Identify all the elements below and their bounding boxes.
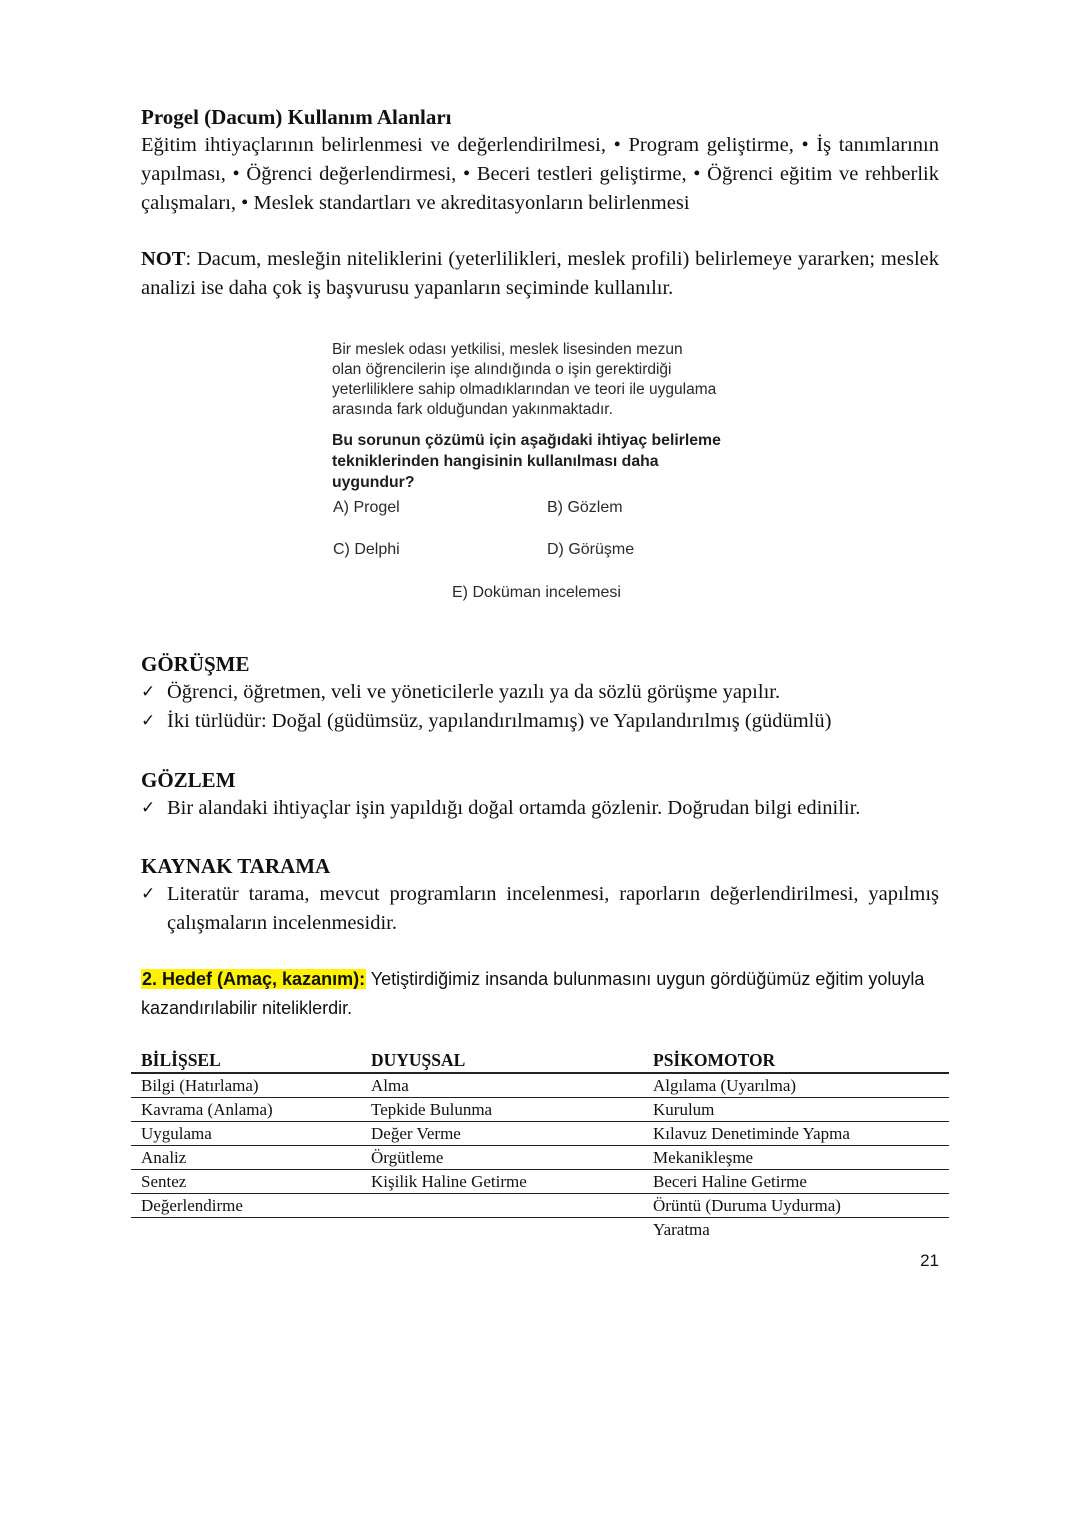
cell-psikomotor: Beceri Haline Getirme [643, 1170, 949, 1194]
cell-duyussal [361, 1194, 643, 1218]
hedef-label-highlighted: 2. Hedef (Amaç, kazanım): [141, 969, 366, 989]
checkmark-icon: ✓ [141, 678, 167, 707]
cell-duyussal: Tepkide Bulunma [361, 1098, 643, 1122]
gorusme-section: GÖRÜŞME ✓ Öğrenci, öğretmen, veli ve yön… [141, 650, 939, 736]
progel-heading: Progel (Dacum) Kullanım Alanları [141, 103, 939, 131]
cell-bilissel: Değerlendirme [131, 1194, 361, 1218]
table-row: SentezKişilik Haline GetirmeBeceri Halin… [131, 1170, 949, 1194]
table-row: AnalizÖrgütlemeMekanikleşme [131, 1146, 949, 1170]
hedef-section: 2. Hedef (Amaç, kazanım): Yetiştirdiğimi… [141, 965, 939, 1023]
cell-duyussal: Kişilik Haline Getirme [361, 1170, 643, 1194]
note-section: NOT: Dacum, mesleğin niteliklerini (yete… [141, 245, 939, 303]
checkmark-icon: ✓ [141, 707, 167, 736]
table-row: Yaratma [131, 1218, 949, 1242]
list-item: ✓ Öğrenci, öğretmen, veli ve yöneticiler… [141, 678, 939, 707]
option-c: C) Delphi [333, 541, 400, 559]
progel-body: Eğitim ihtiyaçlarının belirlenmesi ve de… [141, 131, 939, 218]
table-header-row: BİLİŞSEL DUYUŞSAL PSİKOMOTOR [131, 1048, 949, 1073]
question-stem: Bir meslek odası yetkilisi, meslek lises… [332, 340, 752, 420]
question-prompt: Bu sorunun çözümü için aşağıdaki ihtiyaç… [332, 430, 752, 493]
table-row: UygulamaDeğer VermeKılavuz Denetiminde Y… [131, 1122, 949, 1146]
cell-bilissel: Analiz [131, 1146, 361, 1170]
cell-bilissel: Kavrama (Anlama) [131, 1098, 361, 1122]
cell-duyussal [361, 1218, 643, 1242]
kaynak-tarama-section: KAYNAK TARAMA ✓ Literatür tarama, mevcut… [141, 852, 939, 938]
cell-bilissel: Sentez [131, 1170, 361, 1194]
table-row: DeğerlendirmeÖrüntü (Duruma Uydurma) [131, 1194, 949, 1218]
cell-bilissel: Bilgi (Hatırlama) [131, 1073, 361, 1098]
list-item: ✓ İki türlüdür: Doğal (güdümsüz, yapılan… [141, 707, 939, 736]
cell-duyussal: Değer Verme [361, 1122, 643, 1146]
note-label: NOT [141, 248, 185, 270]
cell-bilissel [131, 1218, 361, 1242]
gozlem-heading: GÖZLEM [141, 766, 939, 794]
cell-psikomotor: Yaratma [643, 1218, 949, 1242]
header-duyussal: DUYUŞSAL [361, 1048, 643, 1073]
taxonomy-table: BİLİŞSEL DUYUŞSAL PSİKOMOTOR Bilgi (Hatı… [131, 1048, 949, 1241]
header-bilissel: BİLİŞSEL [131, 1048, 361, 1073]
table-row: Kavrama (Anlama)Tepkide BulunmaKurulum [131, 1098, 949, 1122]
cell-duyussal: Örgütleme [361, 1146, 643, 1170]
page-number: 21 [905, 1251, 939, 1271]
gozlem-section: GÖZLEM ✓ Bir alandaki ihtiyaçlar işin ya… [141, 766, 939, 823]
list-item: ✓ Literatür tarama, mevcut programların … [141, 880, 939, 938]
gorusme-heading: GÖRÜŞME [141, 650, 939, 678]
note-text: : Dacum, mesleğin niteliklerini (yeterli… [141, 248, 939, 299]
checkmark-icon: ✓ [141, 794, 167, 823]
cell-duyussal: Alma [361, 1073, 643, 1098]
table-row: Bilgi (Hatırlama)AlmaAlgılama (Uyarılma) [131, 1073, 949, 1098]
progel-section: Progel (Dacum) Kullanım Alanları Eğitim … [141, 103, 939, 218]
option-a: A) Progel [333, 499, 400, 517]
kaynak-heading: KAYNAK TARAMA [141, 852, 939, 880]
cell-psikomotor: Kılavuz Denetiminde Yapma [643, 1122, 949, 1146]
exam-question: Bir meslek odası yetkilisi, meslek lises… [332, 340, 752, 493]
cell-psikomotor: Mekanikleşme [643, 1146, 949, 1170]
list-item: ✓ Bir alandaki ihtiyaçlar işin yapıldığı… [141, 794, 939, 823]
cell-psikomotor: Kurulum [643, 1098, 949, 1122]
checkmark-icon: ✓ [141, 880, 167, 938]
cell-psikomotor: Örüntü (Duruma Uydurma) [643, 1194, 949, 1218]
cell-bilissel: Uygulama [131, 1122, 361, 1146]
cell-psikomotor: Algılama (Uyarılma) [643, 1073, 949, 1098]
option-e: E) Doküman incelemesi [452, 584, 621, 602]
option-b: B) Gözlem [547, 499, 623, 517]
option-d: D) Görüşme [547, 541, 634, 559]
header-psikomotor: PSİKOMOTOR [643, 1048, 949, 1073]
